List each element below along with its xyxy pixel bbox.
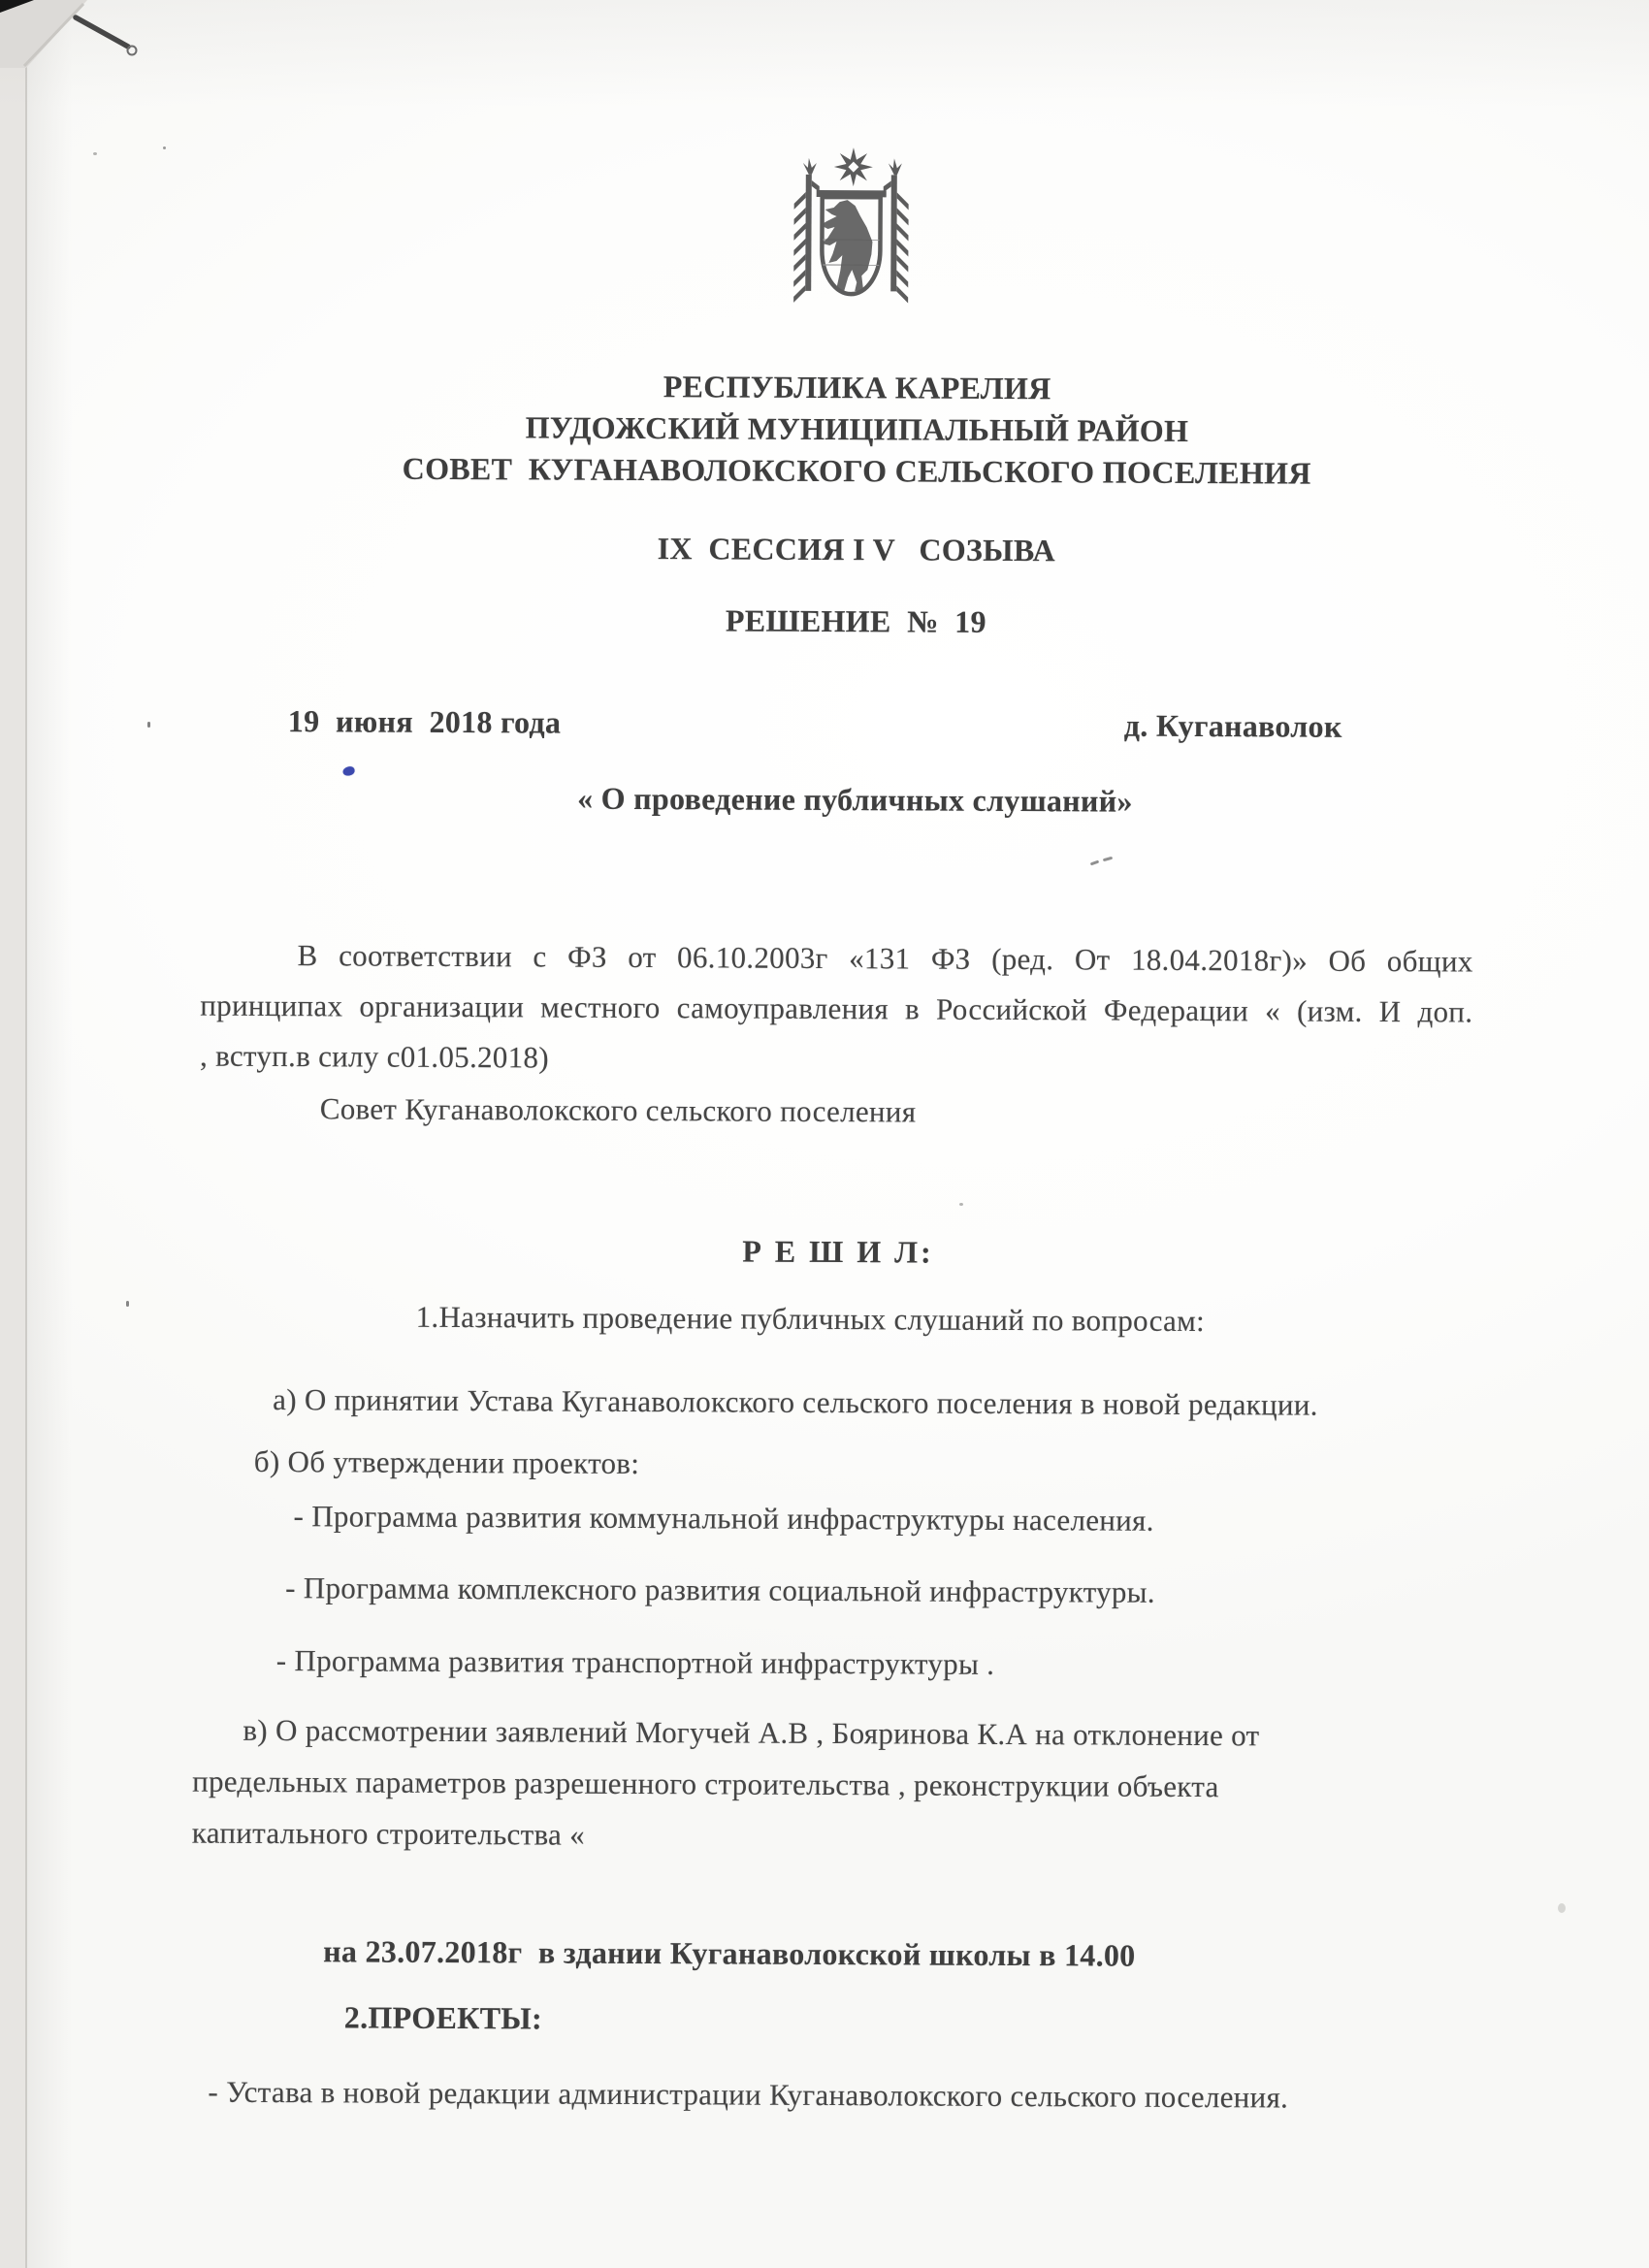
intro-paragraph: В соответствии с ФЗ от 06.10.2003г «131 … [200, 930, 1473, 1088]
scan-speckle [126, 1301, 129, 1307]
scan-speckle [1558, 1903, 1566, 1913]
session-line: IX СЕССИЯ I V СОЗЫВА [32, 528, 1649, 572]
hearing-schedule-line: на 23.07.2018г в здании Куганаволокской … [323, 1933, 1136, 1973]
doc-title: « О проведение публичных слушаний» [30, 778, 1649, 823]
doc-place: д. Куганаволок [1124, 708, 1342, 745]
council-line: Совет Куганаволокского сельского поселен… [320, 1091, 917, 1129]
org-line-council: СОВЕТ КУГАНАВОЛОКСКОГО СЕЛЬСКОГО ПОСЕЛЕН… [32, 446, 1649, 497]
item-1: 1.Назначить проведение публичных слушани… [416, 1300, 1206, 1339]
scan-speckle [147, 722, 150, 728]
document-content: РЕСПУБЛИКА КАРЕЛИЯ ПУДОЖСКИЙ МУНИЦИПАЛЬН… [0, 0, 1649, 2268]
intro-line-1: В соответствии с ФЗ от 06.10.2003г «131 … [200, 930, 1472, 988]
intro-line-2: принципах организации местного самоуправ… [200, 981, 1472, 1038]
scanned-page: РЕСПУБЛИКА КАРЕЛИЯ ПУДОЖСКИЙ МУНИЦИПАЛЬН… [0, 0, 1649, 2268]
item-a: а) О принятии Устава Куганаволокского се… [273, 1382, 1318, 1423]
program-item-3: - Программа развития транспортной инфрас… [276, 1643, 995, 1682]
project-item-1: - Устава в новой редакции администрации … [208, 2075, 1288, 2116]
scan-speckle [959, 1203, 963, 1206]
resolved-heading: Р Е Ш И Л: [0, 1230, 1649, 1275]
doc-date: 19 июня 2018 года [288, 703, 562, 740]
karelia-coat-of-arms-icon [792, 146, 910, 309]
scan-speckle [163, 146, 166, 149]
item-v-line-1: в) О рассмотрении заявлений Могучей А.В … [192, 1704, 1472, 1763]
program-item-1: - Программа развития коммунальной инфрас… [293, 1499, 1153, 1539]
program-item-2: - Программа комплексного развития социал… [285, 1571, 1155, 1610]
item-v-line-3: капитального строительства « [192, 1807, 1472, 1865]
projects-heading: 2.ПРОЕКТЫ: [344, 1999, 542, 2036]
decision-number-line: РЕШЕНИЕ № 19 [31, 599, 1649, 644]
item-b: б) Об утверждении проектов: [254, 1444, 640, 1481]
intro-line-3: , вступ.в силу с01.05.2018) [200, 1031, 1472, 1088]
scan-speckle [93, 152, 97, 155]
item-v-paragraph: в) О рассмотрении заявлений Могучей А.В … [192, 1704, 1473, 1865]
blue-ink-dot [342, 765, 356, 776]
item-v-line-2: предельных параметров разрешенного строи… [192, 1756, 1472, 1814]
